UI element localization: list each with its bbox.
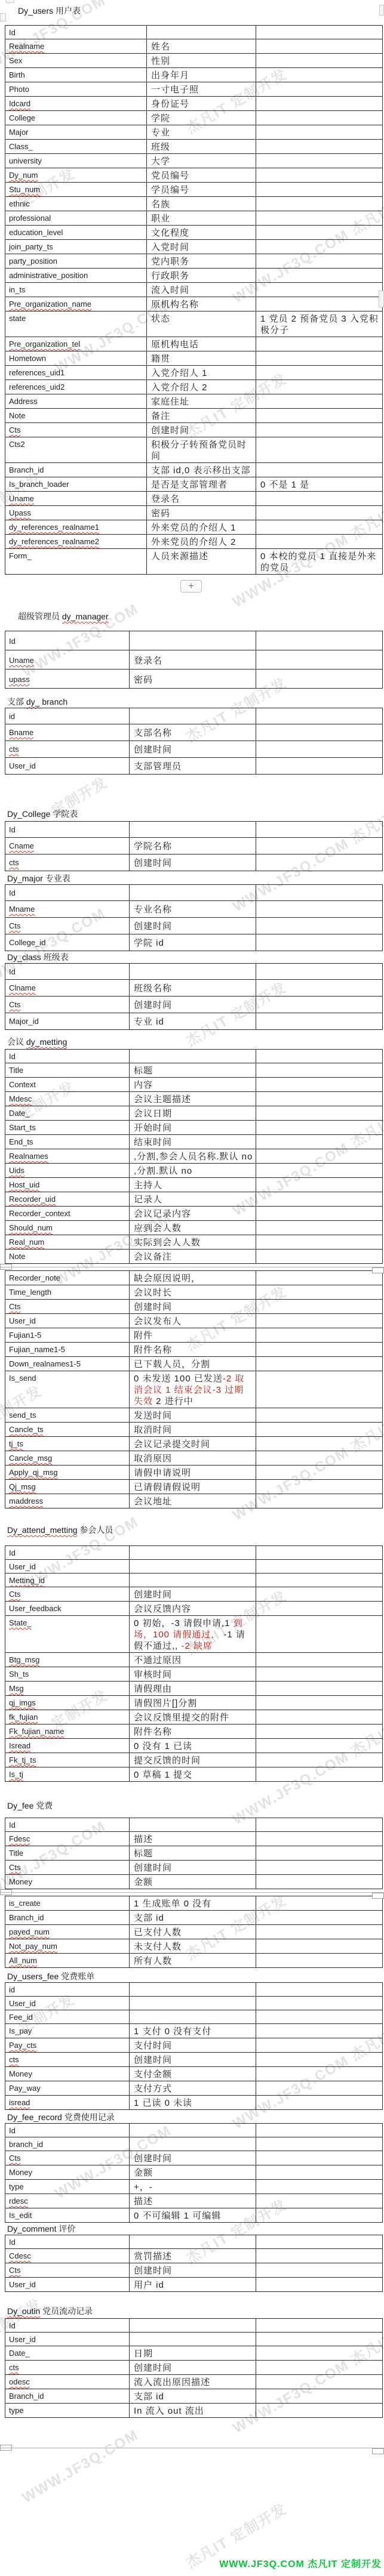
field-desc: 应到会人数	[134, 1223, 182, 1233]
field-name-cell: College_id	[5, 934, 130, 951]
field-name: Is_edit	[9, 2211, 32, 2220]
field-note-cell	[256, 1314, 383, 1328]
field-desc: 附件名称	[134, 1727, 172, 1737]
field-note-cell	[256, 1343, 383, 1357]
field-name: administrative_position	[9, 271, 88, 280]
field-name-cell: Cts	[5, 997, 130, 1013]
field-row-cts: Cts创建时间	[5, 1861, 383, 1875]
field-note-cell	[256, 724, 383, 741]
field-desc: 审核时间	[134, 1670, 172, 1680]
field-name: send_ts	[9, 1411, 36, 1420]
field-note-cell	[256, 854, 383, 871]
field-desc: 0 初始，-3 请假申请,1	[134, 1618, 234, 1628]
field-desc-cell	[130, 2235, 256, 2249]
field-row-recorder_uid: Recorder_uid记录人	[5, 1192, 383, 1207]
field-desc: ,分割,参会人员名称.默认 no	[134, 1152, 253, 1162]
field-note-cell	[256, 1753, 383, 1767]
field-note-cell	[256, 838, 383, 854]
field-row-id: Id	[5, 1050, 383, 1063]
field-row-btg_msg: Btg_msg不通过原因	[5, 1653, 383, 1667]
field-row-id: Id	[5, 26, 383, 39]
field-note-cell	[256, 226, 383, 240]
field-note-cell	[256, 1896, 383, 1911]
field-name-cell: Date_	[5, 1106, 130, 1121]
field-note-cell	[256, 1328, 383, 1343]
field-name: Context	[9, 1080, 36, 1089]
page-break-line	[0, 1267, 384, 1267]
field-desc-cell: 学院	[147, 111, 256, 125]
field-name-cell: User_id	[5, 2333, 130, 2346]
field-name: Fujian_name1-5	[9, 1345, 65, 1354]
field-name: Pre_organization_tel	[9, 340, 80, 348]
field-name: Sex	[9, 56, 22, 65]
field-desc-cell: 赏罚描述	[130, 2249, 256, 2263]
field-desc-cell: 出身年月	[147, 68, 256, 82]
field-desc-cell: 取消时间	[130, 1423, 256, 1437]
field-note-cell	[256, 1587, 383, 1602]
field-name-cell: qj_imgs	[5, 1696, 130, 1710]
field-desc-cell	[130, 964, 256, 980]
insert-row-plus-button[interactable]: +	[180, 580, 202, 593]
field-name: User_id	[9, 2335, 36, 2344]
field-desc: 创建时间	[134, 1000, 172, 1010]
field-desc: 会议备注	[134, 1252, 172, 1262]
field-row-apply_qj_msg: Apply_qj_msg请假申请说明	[5, 1466, 383, 1480]
field-name-cell: Not_pay_num	[5, 1939, 130, 1954]
vendor-footer-text: WWW.JF3Q.COM 杰凡IT 定制开发	[219, 2556, 382, 2570]
field-desc-cell: 会议记录提交时间	[130, 1437, 256, 1451]
schema-table-dy_users_fee: idUser_idFee_idIs_pay1 支付 0 没有支付Pay_cts支…	[5, 1982, 383, 2110]
field-name: Cts	[9, 1000, 21, 1009]
field-desc: 0 未发送 100 已发送	[134, 1374, 223, 1384]
field-desc-cell: 专业名称	[130, 901, 256, 918]
field-note-cell	[256, 2235, 383, 2249]
field-row-id: Id	[5, 1818, 383, 1832]
field-name: Id	[9, 889, 16, 897]
field-row-payed_num: payed_num已支付人数	[5, 1925, 383, 1939]
field-desc-cell: 大学	[147, 154, 256, 168]
field-name: join_party_ts	[9, 242, 53, 251]
field-desc: 已下载人员，分割	[134, 1359, 210, 1369]
field-note: 0 不是 1 是	[260, 480, 309, 490]
field-name-cell: Pre_organization_tel	[5, 337, 147, 351]
field-desc: 学院名称	[134, 841, 172, 852]
field-name-cell: payed_num	[5, 1925, 130, 1939]
field-note-cell	[256, 26, 383, 39]
field-desc-cell: 金额	[130, 1875, 256, 1889]
field-name-cell: Major	[5, 125, 147, 140]
field-row-idcard: Idcard身份证号	[5, 97, 383, 111]
field-row-cts: Cts创建时间	[5, 918, 383, 934]
field-desc-cell: 学员编号	[147, 183, 256, 197]
field-name: cts	[9, 858, 19, 867]
field-note-cell	[256, 97, 383, 111]
field-row-cts: Cts创建时间	[5, 1587, 383, 1602]
field-note-cell	[256, 2389, 383, 2404]
field-note-cell: 0 本校的党员 1 直接是外来的党员	[256, 549, 383, 575]
field-row-msg: Msg请假理由	[5, 1682, 383, 1696]
field-desc-cell: 支部管理员	[130, 758, 256, 775]
field-row-cts: cts创建时间	[5, 741, 383, 758]
field-desc: 支付金额	[134, 2069, 172, 2080]
field-row-time_length: Time_length会议时长	[5, 1285, 383, 1300]
field-note-cell	[256, 168, 383, 183]
field-row-major: Major专业	[5, 125, 383, 140]
field-desc: 党内职务	[151, 257, 189, 267]
field-note-cell	[256, 520, 383, 535]
field-note-cell	[256, 2165, 383, 2180]
field-name: Money	[9, 2069, 32, 2078]
field-name-cell: Is_edit	[5, 2208, 130, 2223]
field-desc: 2 进行中	[153, 1396, 193, 1406]
field-desc: In 流入 out 流出	[134, 2406, 204, 2416]
schema-table-dy_fee: IdFdesc描述Title标题Cts创建时间Money金额	[5, 1818, 383, 1889]
field-desc: -2 缺席	[178, 1641, 213, 1651]
field-note-cell	[256, 1092, 383, 1106]
field-row-id: Id	[5, 822, 383, 838]
field-desc: 创建时间	[134, 1302, 172, 1312]
field-name-cell: type	[5, 2180, 130, 2194]
field-desc-cell: 专业	[147, 125, 256, 140]
field-name: Class_	[9, 142, 33, 151]
field-desc-cell: 创建时间	[130, 1300, 256, 1314]
field-note-cell	[256, 2038, 383, 2053]
field-note-cell	[256, 111, 383, 125]
field-name-cell: State_	[5, 1616, 130, 1653]
section-title-dy_college: Dy_College 学院表	[7, 808, 384, 820]
field-desc: 创建时间	[134, 2154, 172, 2164]
collapse-handle-icon[interactable]	[0, 13, 6, 21]
field-desc: 创建时间	[134, 2266, 172, 2276]
field-name-cell: Branch_id	[5, 1911, 130, 1925]
field-name-cell: Mdesc	[5, 1092, 130, 1106]
field-note-cell	[256, 1494, 383, 1508]
field-name-cell: Stu_num	[5, 183, 147, 197]
schema-table-dy_class: IdClname班级名称Cts创建时间Major_id专业 id	[5, 963, 383, 1030]
field-note-cell	[256, 492, 383, 506]
field-note-cell	[256, 1423, 383, 1437]
field-name-cell: is_create	[5, 1896, 130, 1911]
field-name: Cts	[9, 1863, 21, 1872]
field-row-id: id	[5, 708, 383, 724]
field-name: tj_ts	[9, 1439, 23, 1448]
field-name: Is_tj	[9, 1770, 23, 1779]
field-desc-cell: 入党介绍人 1	[147, 366, 256, 380]
field-name-cell: Time_length	[5, 1285, 130, 1300]
page-edge-artifact	[6, 0, 14, 3]
field-note-cell	[256, 39, 383, 54]
field-name-cell: Branch_id	[5, 2389, 130, 2404]
field-note-cell	[256, 650, 383, 670]
field-desc-cell: 会议反馈内容	[130, 1602, 256, 1616]
field-row-pre_organization_tel: Pre_organization_tel原机构电话	[5, 337, 383, 351]
field-desc-cell: 入党介绍人 2	[147, 380, 256, 394]
section-title-text: Dy_users_fee 党费账单	[7, 1972, 94, 1981]
field-name: party_position	[9, 257, 57, 266]
field-name-cell: Cts	[5, 1300, 130, 1314]
field-name-cell: Is_branch_loader	[5, 477, 147, 492]
field-desc-cell: 姓名	[147, 39, 256, 54]
field-name-cell: Msg	[5, 1682, 130, 1696]
field-name-cell: cts	[5, 741, 130, 758]
field-name-cell: Cts	[5, 423, 147, 437]
field-name: Id	[9, 2321, 16, 2330]
field-row-cts: Cts创建时间	[5, 2151, 383, 2165]
field-row-is_create: is_create1 生成账单 0 没有	[5, 1896, 383, 1911]
field-desc-cell: 描述	[130, 2194, 256, 2208]
field-desc-cell: 密码	[147, 506, 256, 520]
field-note-cell	[256, 2124, 383, 2137]
field-desc-cell	[130, 1050, 256, 1063]
field-desc-cell: 外来党员的介绍人 2	[147, 535, 256, 549]
field-name-cell: Fujian1-5	[5, 1328, 130, 1343]
field-name: User_feedback	[9, 1604, 61, 1613]
field-name: references_uid1	[9, 368, 64, 377]
field-name-cell: Sex	[5, 54, 147, 68]
field-row-date_: Date_日期	[5, 2346, 383, 2361]
field-note-cell	[256, 1121, 383, 1135]
field-name: Note	[9, 411, 25, 420]
field-name-cell: cts	[5, 2053, 130, 2067]
section-title-dy_fee_record: Dy_fee_record 党费使用记录	[7, 2111, 384, 2123]
field-row-id: Id	[5, 885, 383, 901]
field-name-cell: All_num	[5, 1954, 130, 1968]
field-row-context: Context内容	[5, 1078, 383, 1092]
field-note-cell: 1 党员 2 预备党员 3 入党积极分子	[256, 311, 383, 337]
scrollbar-fragment[interactable]	[379, 5, 384, 16]
section-title-text: Dy_major 专业表	[7, 874, 70, 883]
field-note-cell	[256, 964, 383, 980]
field-desc-cell: 创建时间	[130, 918, 256, 934]
field-note-cell	[256, 885, 383, 901]
field-row-real_num: Real_num实际到会人人数	[5, 1235, 383, 1250]
field-note-cell	[256, 254, 383, 269]
field-name: Time_length	[9, 1288, 51, 1297]
section-title-text: dy_metting	[26, 1037, 67, 1047]
field-desc-cell: 登录名	[130, 650, 256, 670]
field-name: cts	[9, 2363, 19, 2372]
field-name: Money	[9, 1877, 32, 1886]
field-name-cell: Fee_id	[5, 2010, 130, 2024]
field-name: Major_id	[9, 1017, 39, 1026]
field-name-cell: Id	[5, 1818, 130, 1832]
field-note-cell	[256, 1285, 383, 1300]
field-desc-cell: 记录人	[130, 1192, 256, 1207]
field-name-cell: references_uid2	[5, 380, 147, 394]
field-note-cell	[256, 1983, 383, 1997]
field-name-cell: Cancle_msg	[5, 1451, 130, 1466]
field-row-major_id: Major_id专业 id	[5, 1013, 383, 1030]
field-desc-cell: 1 生成账单 0 没有	[130, 1896, 256, 1911]
field-note-cell	[256, 337, 383, 351]
field-name: User_id	[9, 1316, 36, 1325]
field-row-date_: Date_会议日期	[5, 1106, 383, 1121]
field-name-cell: Form_	[5, 549, 147, 575]
field-desc: 支部名称	[134, 728, 172, 738]
field-row-references_uid2: references_uid2入党介绍人 2	[5, 380, 383, 394]
field-name: Fdesc	[9, 1834, 30, 1843]
field-name-cell: Fdesc	[5, 1832, 130, 1846]
field-note-cell	[256, 1546, 383, 1560]
field-row-user_feedback: User_feedback会议反馈内容	[5, 1602, 383, 1616]
schema-table-dy_comment: IdCdesc赏罚描述Cts创建时间User_id用户 id	[5, 2235, 383, 2292]
field-desc-cell: 附件	[130, 1328, 256, 1343]
field-name: payed_num	[9, 1927, 50, 1936]
field-name-cell: join_party_ts	[5, 240, 147, 254]
field-row-recorder_note: Recorder_note缺会原因说明，	[5, 1271, 383, 1285]
field-name: Cts	[9, 2266, 21, 2275]
field-name: in_ts	[9, 285, 25, 294]
field-desc-cell: 主持人	[130, 1178, 256, 1192]
field-name: Should_num	[9, 1223, 53, 1232]
field-name-cell: Cts2	[5, 437, 147, 463]
field-note-cell	[256, 2208, 383, 2223]
field-name-cell: Start_ts	[5, 1121, 130, 1135]
field-desc-cell	[130, 1983, 256, 1997]
page-break-marker	[0, 1889, 384, 1896]
field-row-cancle_msg: Cancle_msg取消原因	[5, 1451, 383, 1466]
field-desc-cell	[130, 2333, 256, 2346]
section-title-dy_metting: 会议 dy_metting	[7, 1036, 384, 1048]
field-name: type	[9, 2406, 24, 2415]
field-name-cell: Id	[5, 2124, 130, 2137]
field-name: Branch_id	[9, 465, 44, 474]
field-row-qj_msg: Qj_msg已请假请假说明	[5, 1480, 383, 1494]
field-name-cell: Id	[5, 1050, 130, 1063]
field-desc: 备注	[151, 411, 170, 421]
field-note-cell	[256, 1832, 383, 1846]
field-desc-cell	[130, 1546, 256, 1560]
field-desc-cell: 应到会人数	[130, 1221, 256, 1235]
field-note-cell	[256, 283, 383, 297]
field-note-cell	[256, 1739, 383, 1753]
page-break-line	[0, 2448, 384, 2448]
field-desc-cell: 籍贯	[147, 351, 256, 366]
field-name-cell: fk_fujian	[5, 1710, 130, 1724]
field-row-title: Title标题	[5, 1846, 383, 1861]
field-row-send_ts: send_ts发送时间	[5, 1408, 383, 1423]
field-name: Metting_id	[9, 1576, 45, 1585]
field-row-note: Note备注	[5, 409, 383, 423]
field-desc: 标题	[134, 1849, 153, 1859]
field-name-cell: Cdesc	[5, 2249, 130, 2263]
section-title-text: Dy_outin	[7, 2306, 40, 2316]
field-note-cell	[256, 240, 383, 254]
field-row-cname: Cname学院名称	[5, 838, 383, 854]
field-name-cell: Id	[5, 885, 130, 901]
field-row-rdesc: rdesc描述	[5, 2194, 383, 2208]
field-desc-cell: 未支付人数	[130, 1939, 256, 1954]
field-row-branch_id: Branch_id支部 id	[5, 2389, 383, 2404]
field-row-id: Id	[5, 2319, 383, 2333]
field-desc: 创建时间	[151, 425, 189, 436]
field-name-cell: User_id	[5, 1314, 130, 1328]
field-desc-cell: 会议记录内容	[130, 1207, 256, 1221]
field-note-cell	[256, 154, 383, 168]
field-row-realname: Realname姓名	[5, 39, 383, 54]
field-name-cell: Mname	[5, 901, 130, 918]
field-desc-cell: 原机构名称	[147, 297, 256, 311]
field-row-money: Money支付金额	[5, 2067, 383, 2081]
field-row-birth: Birth出身年月	[5, 68, 383, 82]
field-name: education_level	[9, 228, 63, 237]
field-desc-cell: 会议日期	[130, 1106, 256, 1121]
field-row-id: Id	[5, 964, 383, 980]
field-desc: 人员来源描述	[151, 551, 208, 562]
field-desc: +，-	[134, 2182, 153, 2192]
field-desc-cell: 标题	[130, 1846, 256, 1861]
field-note-cell	[256, 2263, 383, 2278]
section-title-text: Dy_comment 评价	[7, 2224, 75, 2233]
field-row-isread: isread1 已读 0 未读	[5, 2096, 383, 2110]
field-desc: 已支付人数	[134, 1927, 182, 1938]
field-row-ethnic: ethnic名族	[5, 197, 383, 211]
field-row-should_num: Should_num应到会人数	[5, 1221, 383, 1235]
field-desc: 内容	[134, 1080, 153, 1090]
field-note-cell	[256, 901, 383, 918]
field-name-cell: Branch_id	[5, 463, 147, 477]
field-desc-cell: 会议备注	[130, 1250, 256, 1264]
field-row-mdesc: Mdesc会议主题描述	[5, 1092, 383, 1106]
field-name-cell: Id	[5, 822, 130, 838]
field-note-cell: 0 不是 1 是	[256, 477, 383, 492]
field-note-cell	[256, 1437, 383, 1451]
field-desc: 会议发布人	[134, 1316, 182, 1326]
field-note-cell	[256, 1767, 383, 1782]
field-name: Realnames	[9, 1152, 48, 1161]
field-name-cell: Apply_qj_msg	[5, 1466, 130, 1480]
field-name: qj_imgs	[9, 1698, 36, 1707]
field-name-cell: Host_uid	[5, 1178, 130, 1192]
field-name-cell: Pre_organization_name	[5, 297, 147, 311]
field-desc: 主持人	[134, 1180, 162, 1190]
field-note-cell	[256, 394, 383, 409]
scrollbar-fragment[interactable]	[379, 291, 384, 307]
field-desc: 一寸电子照	[151, 85, 199, 95]
field-desc: 会议主题描述	[134, 1094, 191, 1105]
field-desc-cell: 一寸电子照	[147, 82, 256, 97]
field-name: Id	[9, 1821, 16, 1830]
field-row-fujian1-5: Fujian1-5附件	[5, 1328, 383, 1343]
field-note-cell	[256, 423, 383, 437]
field-desc: 会议时长	[134, 1288, 172, 1298]
field-name: odesc	[9, 2377, 30, 2386]
field-name: All_num	[9, 1956, 37, 1965]
field-desc: 支部管理员	[134, 761, 182, 772]
field-row-cts: Cts创建时间	[5, 1300, 383, 1314]
field-desc-cell: 创建时间	[130, 741, 256, 758]
field-note-cell	[256, 1939, 383, 1954]
field-name: Cts	[9, 921, 21, 930]
field-row-address: Address家庭住址	[5, 394, 383, 409]
field-desc: 日期	[134, 2349, 153, 2359]
field-note-cell	[256, 1846, 383, 1861]
field-name: Address	[9, 397, 38, 406]
field-name-cell: Sh_ts	[5, 1667, 130, 1682]
section-title-text: 支部	[7, 697, 26, 707]
field-row-recorder_context: Recorder_context会议记录内容	[5, 1207, 383, 1221]
field-name: Isread	[9, 1741, 30, 1750]
field-name-cell: Isread	[5, 1739, 130, 1753]
field-desc: 会议日期	[134, 1109, 172, 1119]
field-note-cell	[256, 1574, 383, 1587]
field-name: Uname	[9, 656, 34, 665]
field-name-cell: Dy_num	[5, 168, 147, 183]
field-name: Dy_num	[9, 171, 38, 180]
field-desc-cell: 登录名	[147, 492, 256, 506]
field-desc: 名族	[151, 199, 170, 209]
field-name-cell: Metting_id	[5, 1574, 130, 1587]
